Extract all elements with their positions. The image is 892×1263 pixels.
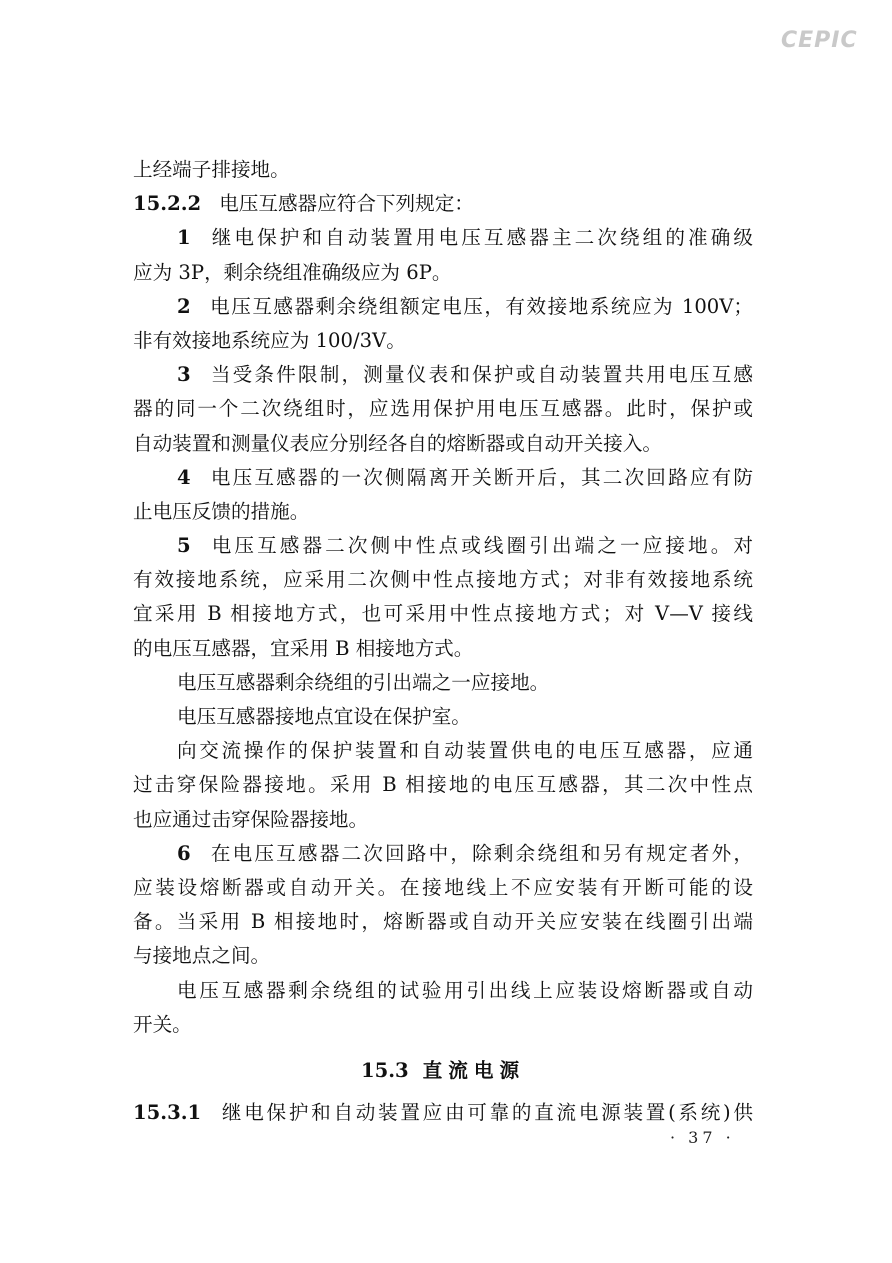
item-text: 继电保护和自动装置用电压互感器主二次绕组的准确级 <box>209 226 753 249</box>
watermark-logo: CEPIC <box>781 28 858 53</box>
paragraph-line: 的电压互感器，宜采用 B 相接地方式。 <box>133 632 753 666</box>
paragraph-line: 电压互感器剩余绕组的试验用引出线上应装设熔断器或自动 <box>133 974 753 1008</box>
paragraph-line: 电压互感器剩余绕组的引出端之一应接地。 <box>133 666 753 700</box>
item-number: 2 <box>177 295 191 318</box>
clause-number: 15.3.1 <box>133 1101 201 1124</box>
item-text: 电压互感器二次侧中性点或线圈引出端之一应接地。对 <box>209 534 753 557</box>
paragraph-line: 非有效接地系统应为 100/3V。 <box>133 324 753 358</box>
paragraph-line: 电压互感器接地点宜设在保护室。 <box>133 700 753 734</box>
item-number: 4 <box>177 466 191 489</box>
section-heading: 15.3直流电源 <box>133 1046 753 1096</box>
item-text: 电压互感器的一次侧隔离开关断开后，其二次回路应有防 <box>209 466 753 489</box>
item-text: 在电压互感器二次回路中，除剩余绕组和另有规定者外， <box>209 842 753 865</box>
paragraph-line: 过击穿保险器接地。采用 B 相接地的电压互感器，其二次中性点 <box>133 768 753 802</box>
paragraph-line: 自动装置和测量仪表应分别经各自的熔断器或自动开关接入。 <box>133 427 753 461</box>
clause-text: 电压互感器应符合下列规定： <box>219 192 474 215</box>
item-5: 5电压互感器二次侧中性点或线圈引出端之一应接地。对 <box>133 529 753 563</box>
item-number: 1 <box>177 226 191 249</box>
item-number: 6 <box>177 842 191 865</box>
item-2: 2电压互感器剩余绕组额定电压，有效接地系统应为 100V； <box>133 290 753 324</box>
paragraph-line: 开关。 <box>133 1008 753 1042</box>
paragraph-line: 与接地点之间。 <box>133 939 753 973</box>
paragraph-line: 备。当采用 B 相接地时，熔断器或自动开关应安装在线圈引出端 <box>133 905 753 939</box>
paragraph-line: 也应通过击穿保险器接地。 <box>133 803 753 837</box>
item-6: 6在电压互感器二次回路中，除剩余绕组和另有规定者外， <box>133 837 753 871</box>
paragraph-line: 上经端子排接地。 <box>133 153 753 187</box>
paragraph-line: 有效接地系统，应采用二次侧中性点接地方式；对非有效接地系统 <box>133 563 753 597</box>
paragraph-line: 止电压反馈的措施。 <box>133 495 753 529</box>
clause-15-2-2: 15.2.2电压互感器应符合下列规定： <box>133 187 753 221</box>
clause-text: 继电保护和自动装置应由可靠的直流电源装置(系统)供 <box>219 1101 753 1124</box>
item-1: 1继电保护和自动装置用电压互感器主二次绕组的准确级 <box>133 221 753 255</box>
paragraph-line: 应为 3P，剩余绕组准确级应为 6P。 <box>133 256 753 290</box>
section-title: 直流电源 <box>423 1059 525 1082</box>
paragraph-line: 应装设熔断器或自动开关。在接地线上不应安装有开断可能的设 <box>133 871 753 905</box>
item-number: 3 <box>177 363 191 386</box>
item-4: 4电压互感器的一次侧隔离开关断开后，其二次回路应有防 <box>133 461 753 495</box>
item-3: 3当受条件限制，测量仪表和保护或自动装置共用电压互感 <box>133 358 753 392</box>
paragraph-line: 宜采用 B 相接地方式，也可采用中性点接地方式；对 V—V 接线 <box>133 597 753 631</box>
paragraph-line: 器的同一个二次绕组时，应选用保护用电压互感器。此时，保护或 <box>133 392 753 426</box>
item-number: 5 <box>177 534 191 557</box>
document-body: 上经端子排接地。 15.2.2电压互感器应符合下列规定： 1继电保护和自动装置用… <box>133 153 753 1130</box>
page-number: · 37 · <box>670 1128 735 1147</box>
paragraph-line: 向交流操作的保护装置和自动装置供电的电压互感器，应通 <box>133 734 753 768</box>
clause-number: 15.2.2 <box>133 192 201 215</box>
item-text: 当受条件限制，测量仪表和保护或自动装置共用电压互感 <box>209 363 753 386</box>
clause-15-3-1: 15.3.1继电保护和自动装置应由可靠的直流电源装置(系统)供 <box>133 1096 753 1130</box>
section-number: 15.3 <box>361 1059 409 1082</box>
item-text: 电压互感器剩余绕组额定电压，有效接地系统应为 100V； <box>209 295 753 318</box>
